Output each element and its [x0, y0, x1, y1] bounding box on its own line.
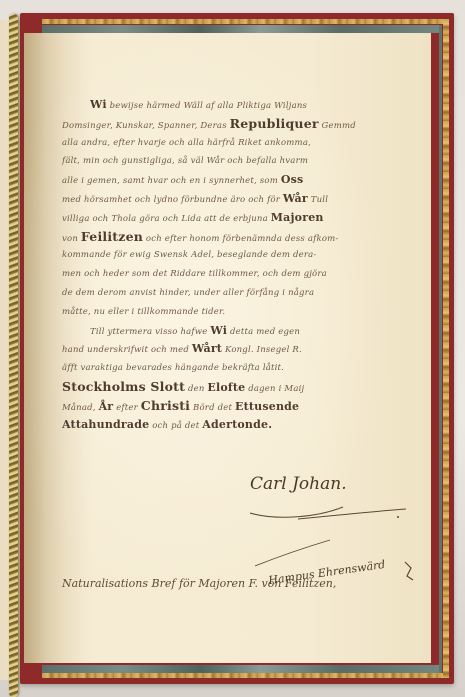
text-line: alle i gemen, samt hvar och en i synnerh… — [62, 171, 402, 190]
gilt-border-bottom — [42, 673, 448, 678]
text-line: Attahundrade och på det Adertonde. — [62, 416, 402, 435]
text-line: med hörsamhet och lydno förbundne äro oc… — [62, 190, 402, 209]
text-run: alle i gemen, samt hvar och en i synnerh… — [62, 176, 281, 186]
text-run: men och heder som det Riddare tillkommer… — [62, 269, 327, 279]
emphasized-word: År — [99, 400, 114, 413]
emphasized-word: Wårt — [192, 342, 222, 355]
emphasized-word: Stockholms Slott — [62, 379, 185, 394]
emphasized-word: Wi — [90, 98, 107, 111]
text-run: fält, min och gunstigliga, så väl Wår oc… — [62, 156, 308, 166]
emphasized-word: Attahundrade — [62, 418, 149, 431]
text-run: Domsinger, Kunskar, Spanner, Deras — [62, 121, 230, 131]
text-run: Till yttermera visso hafwe — [90, 327, 210, 337]
gilt-border-top — [42, 19, 448, 24]
text-run: måtte, nu eller i tillkommande tider. — [62, 307, 225, 317]
emphasized-word: Ettusende — [235, 400, 299, 413]
binding-cord — [9, 14, 18, 697]
text-run: efter — [113, 403, 141, 413]
royal-signature: Carl Johan. — [250, 474, 347, 494]
text-run: kommande för ewig Swensk Adel, besegland… — [62, 250, 317, 260]
document-body-text: Wi bewijse härmed Wäll af alla Pliktiga … — [62, 96, 402, 434]
gilt-border-right — [443, 19, 449, 678]
text-run: Månad, — [62, 403, 99, 413]
text-run: dagen i Maij — [245, 384, 304, 394]
text-run: och efter honom förbenämnda dess afkom- — [143, 234, 339, 244]
text-run: den — [185, 384, 207, 394]
emphasized-word: Oss — [281, 173, 304, 186]
text-run: alla andra, efter hvarje och alla härfrå… — [62, 138, 311, 148]
signature-flourish-icon — [248, 497, 408, 523]
text-line: äfft varaktiga bevarades hängande bekräf… — [62, 359, 402, 378]
emphasized-word: Adertonde. — [202, 418, 272, 431]
emphasized-word: Wår — [283, 192, 308, 205]
text-run: hand underskrifwit och med — [62, 345, 192, 355]
text-line: Månad, År efter Christi Börd det Ettusen… — [62, 397, 402, 416]
emphasized-word: Christi — [141, 398, 190, 413]
text-line: Domsinger, Kunskar, Spanner, Deras Repub… — [62, 115, 402, 134]
text-line: måtte, nu eller i tillkommande tider. — [62, 303, 402, 322]
document-title-footer: Naturalisations Bref för Majoren F. von … — [62, 577, 336, 590]
text-run: detta med egen — [227, 327, 300, 337]
text-line: men och heder som det Riddare tillkommer… — [62, 265, 402, 284]
text-line: Stockholms Slott den Elofte dagen i Maij — [62, 378, 402, 397]
text-line: Till yttermera visso hafwe Wi detta med … — [62, 322, 402, 341]
text-run: Börd det — [190, 403, 235, 413]
text-run: bewijse härmed Wäll af alla Pliktiga Wil… — [107, 101, 307, 111]
text-run: Tull — [308, 195, 328, 205]
text-line: von Feilitzen och efter honom förbenämnd… — [62, 228, 402, 247]
emphasized-word: Majoren — [271, 211, 324, 224]
emphasized-word: Elofte — [207, 381, 245, 394]
text-run: Kongl. Insegel R. — [222, 345, 302, 355]
text-run: äfft varaktiga bevarades hängande bekräf… — [62, 363, 284, 373]
text-run: von — [62, 234, 81, 244]
text-line: de dem derom anvist hinder, under aller … — [62, 284, 402, 303]
emphasized-word: Republiquer — [230, 116, 319, 131]
text-run: de dem derom anvist hinder, under aller … — [62, 288, 314, 298]
emphasized-word: Wi — [210, 324, 227, 337]
text-line: kommande för ewig Swensk Adel, besegland… — [62, 246, 402, 265]
text-run: och på det — [149, 421, 202, 431]
text-line: hand underskrifwit och med Wårt Kongl. I… — [62, 340, 402, 359]
text-run: med hörsamhet och lydno förbundne äro oc… — [62, 195, 283, 205]
text-line: alla andra, efter hvarje och alla härfrå… — [62, 134, 402, 153]
emphasized-word: Feilitzen — [81, 229, 143, 244]
marbled-edge-top — [42, 25, 440, 33]
text-line: villiga och Thola göra och Lida att de e… — [62, 209, 402, 228]
text-line: Wi bewijse härmed Wäll af alla Pliktiga … — [62, 96, 402, 115]
text-line: fält, min och gunstigliga, så väl Wår oc… — [62, 152, 402, 171]
text-run: Gemmd — [319, 121, 356, 131]
marbled-edge-bottom — [42, 665, 440, 673]
marbled-edge-right — [439, 25, 442, 673]
text-run: villiga och Thola göra och Lida att de e… — [62, 214, 271, 224]
